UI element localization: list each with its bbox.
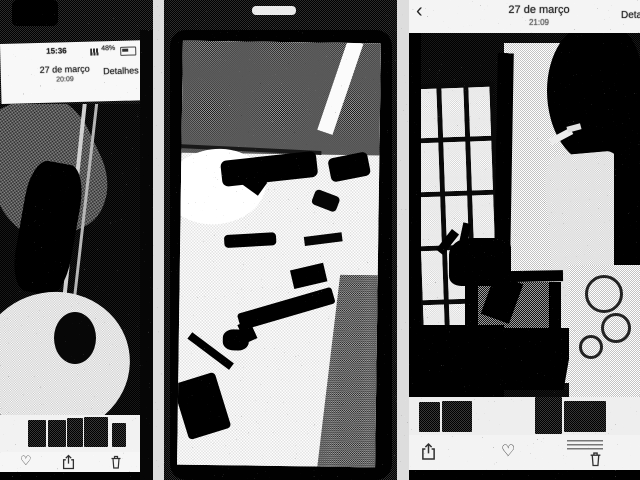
scan-swirl-artifact <box>579 335 603 359</box>
pistol-silhouette <box>327 151 371 182</box>
trash-icon[interactable] <box>589 451 602 467</box>
left-bottom-bezel <box>0 472 153 480</box>
favorite-heart-icon[interactable]: ♡ <box>501 441 515 461</box>
battery-percent: 48% <box>101 45 115 52</box>
right-photo-content <box>409 33 640 397</box>
battery-fill <box>122 49 128 52</box>
left-photo-content <box>0 104 142 415</box>
back-chevron-icon[interactable]: ‹ <box>416 0 423 23</box>
hand-shadow <box>54 312 96 364</box>
left-phone-panel: 15:36 48% 27 de março 20:09 Detalhes <box>0 0 153 480</box>
window-pane <box>442 88 465 138</box>
thumbnail[interactable] <box>84 417 108 447</box>
thumbnail[interactable] <box>112 423 126 447</box>
thumbnail[interactable] <box>48 420 66 447</box>
scan-gap <box>397 0 409 480</box>
magazine-silhouette <box>311 189 341 213</box>
photo-time-subtitle: 20:09 <box>23 75 107 84</box>
share-icon[interactable] <box>421 442 436 461</box>
left-filmstrip <box>0 415 142 452</box>
right-phone-panel: ‹ 27 de março 21:09 Deta <box>409 0 640 480</box>
window-pane <box>419 197 442 247</box>
signal-bars-icon <box>90 48 99 55</box>
window-pane <box>421 251 444 301</box>
speaker-slit <box>252 6 296 15</box>
right-phone-header: ‹ 27 de março 21:09 Deta <box>409 0 640 33</box>
rifle-silhouette <box>237 287 336 331</box>
middle-phone-panel <box>164 0 397 480</box>
details-button[interactable]: Detalhes <box>103 65 139 76</box>
dark-magazine-silhouette <box>177 372 231 440</box>
camera-notch <box>12 0 58 26</box>
window-pane <box>472 195 495 245</box>
left-phone-header: 15:36 48% 27 de março 20:09 Detalhes <box>0 40 144 104</box>
left-toolbar: ♡ <box>0 452 142 472</box>
right-bottom-bezel <box>409 470 640 480</box>
right-filmstrip <box>409 397 640 435</box>
photo-time-subtitle: 21:09 <box>479 18 599 27</box>
thumbnail[interactable] <box>564 401 606 432</box>
left-side-bezel <box>140 30 153 480</box>
scan-swirl-artifact <box>585 275 623 313</box>
scan-gap <box>153 0 164 480</box>
magazine-silhouette <box>290 263 327 289</box>
thumbnail[interactable] <box>28 420 46 447</box>
window-pane <box>470 141 493 191</box>
details-button-truncated[interactable]: Deta <box>621 10 640 21</box>
trash-icon[interactable] <box>110 454 122 470</box>
status-time: 15:36 <box>46 46 67 56</box>
caption-text-lines <box>567 440 603 450</box>
right-toolbar: ♡ <box>409 435 640 470</box>
window-pane <box>468 87 491 137</box>
photo-date-title: 27 de março <box>23 63 107 75</box>
thumbnail[interactable] <box>535 397 562 434</box>
share-icon[interactable] <box>62 454 75 470</box>
window-pane <box>444 142 467 192</box>
pistol-silhouette <box>224 232 277 248</box>
favorite-heart-icon[interactable]: ♡ <box>20 453 32 469</box>
ammo-strip-silhouette <box>304 232 343 246</box>
photo-date-title: 27 de março <box>479 4 599 16</box>
thumbnail[interactable] <box>442 401 472 432</box>
middle-phone-screen <box>177 41 381 468</box>
battery-icon <box>120 46 136 55</box>
thumbnail[interactable] <box>419 402 440 432</box>
scanned-evidence-collage: 15:36 48% 27 de março 20:09 Detalhes <box>0 0 640 480</box>
thumbnail[interactable] <box>67 418 83 447</box>
under-window-shadow <box>409 325 504 397</box>
scan-swirl-artifact <box>601 313 631 343</box>
